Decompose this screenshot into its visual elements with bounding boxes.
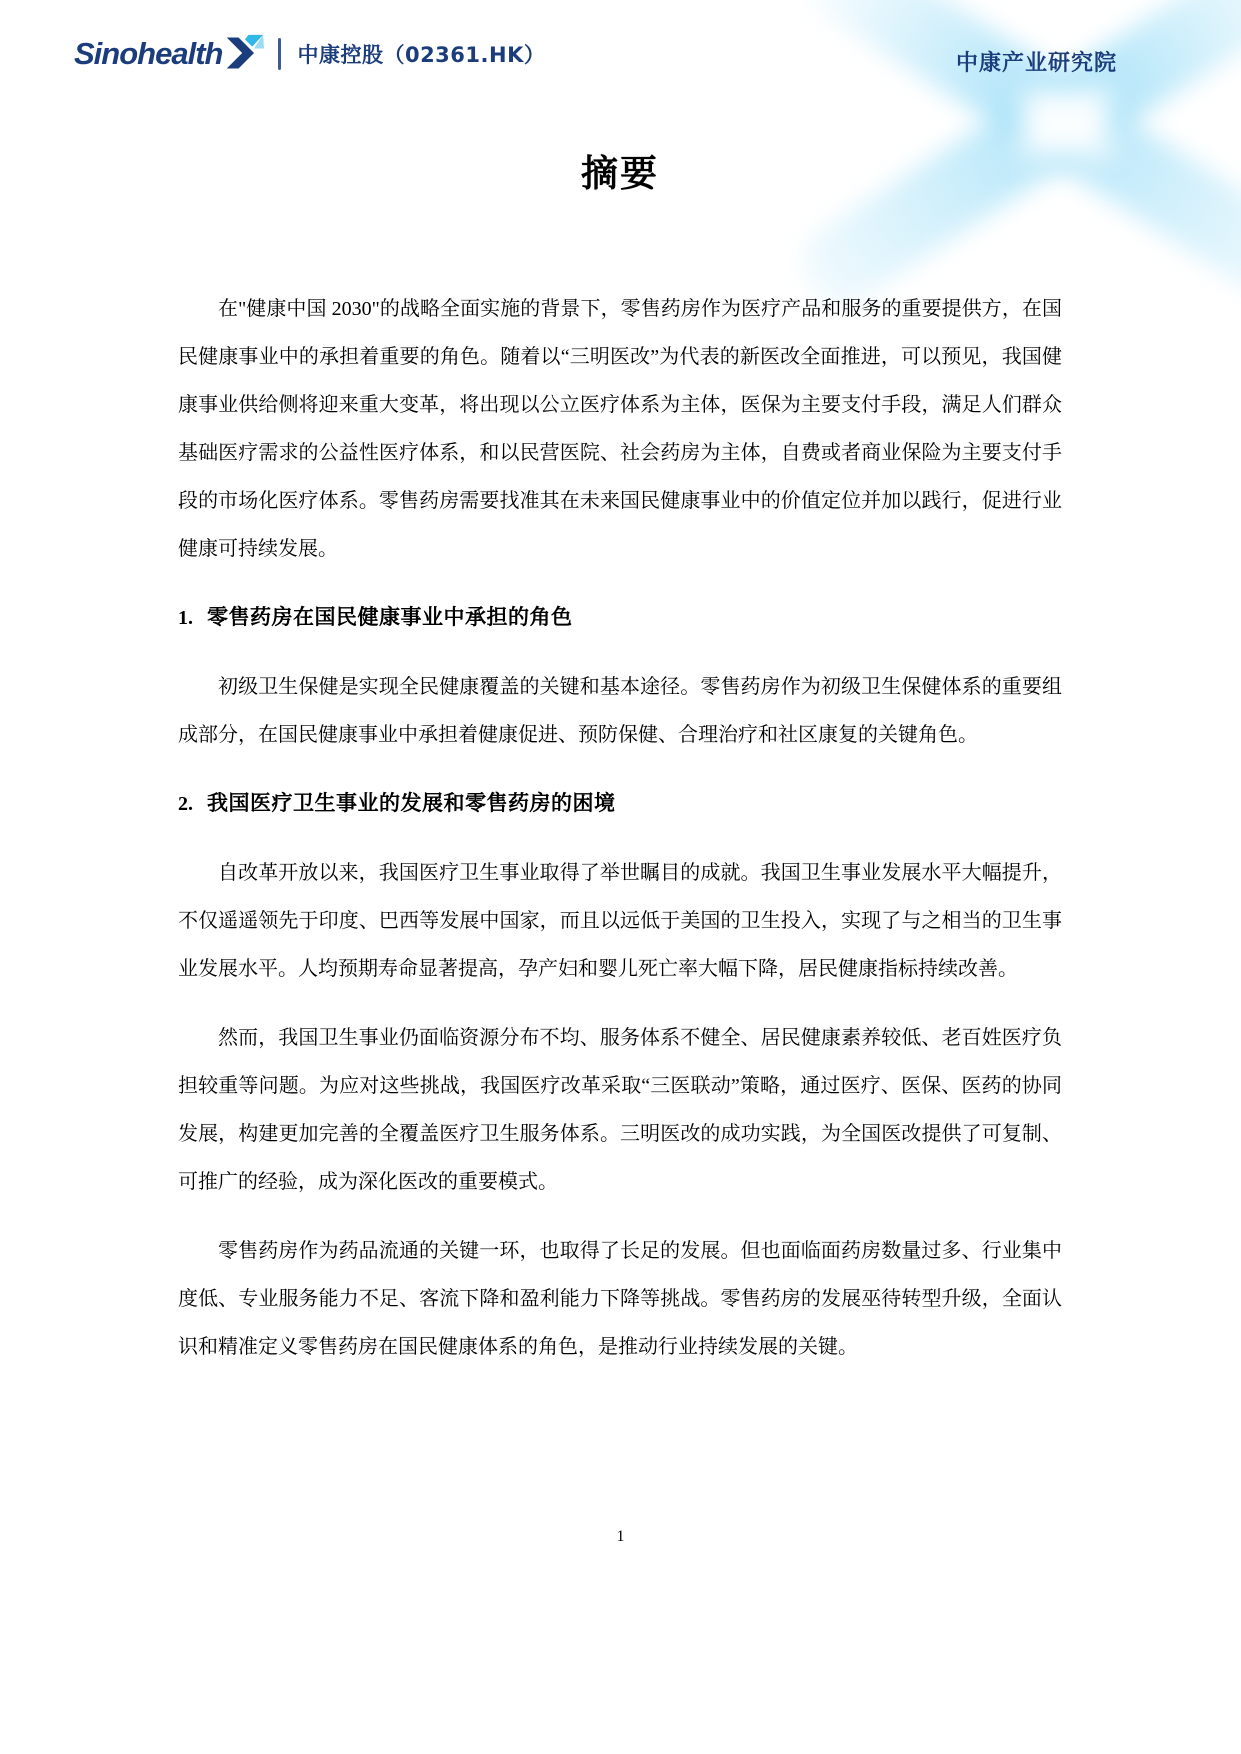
document-page: Sinohealth 中康控股（02361.HK） 中康产业研究院 摘要 在"健… <box>0 0 1241 1754</box>
logo-divider <box>278 38 281 70</box>
section-2-title: 我国医疗卫生事业的发展和零售药房的困境 <box>207 780 616 828</box>
institute-name: 中康产业研究院 <box>956 46 1117 77</box>
page-title: 摘要 <box>178 148 1062 200</box>
sinohealth-x-icon <box>224 34 264 72</box>
section-2-paragraph-3: 零售药房作为药品流通的关键一环，也取得了长足的发展。但也面临面药房数量过多、行业… <box>178 1227 1062 1371</box>
page-header: Sinohealth 中康控股（02361.HK） 中康产业研究院 <box>0 0 1241 110</box>
section-2-paragraph-2: 然而，我国卫生事业仍面临资源分布不均、服务体系不健全、居民健康素养较低、老百姓医… <box>178 1014 1062 1206</box>
section-1-title: 零售药房在国民健康事业中承担的角色 <box>207 594 573 642</box>
section-1-number: 1. <box>178 594 207 642</box>
page-number: 1 <box>0 1528 1241 1546</box>
document-content: 摘要 在"健康中国 2030"的战略全面实施的背景下，零售药房作为医疗产品和服务… <box>178 148 1062 1392</box>
company-name: 中康控股（02361.HK） <box>297 39 545 69</box>
sinohealth-wordmark: Sinohealth <box>74 36 222 72</box>
section-2-number: 2. <box>178 780 207 828</box>
section-2-paragraph-1: 自改革开放以来，我国医疗卫生事业取得了举世瞩目的成就。我国卫生事业发展水平大幅提… <box>178 849 1062 993</box>
sinohealth-logo: Sinohealth 中康控股（02361.HK） <box>74 36 545 72</box>
section-1-heading: 1. 零售药房在国民健康事业中承担的角色 <box>178 594 1062 642</box>
intro-paragraph: 在"健康中国 2030"的战略全面实施的背景下，零售药房作为医疗产品和服务的重要… <box>178 285 1062 573</box>
section-1-paragraph-1: 初级卫生保健是实现全民健康覆盖的关键和基本途径。零售药房作为初级卫生保健体系的重… <box>178 663 1062 759</box>
section-2-heading: 2. 我国医疗卫生事业的发展和零售药房的困境 <box>178 780 1062 828</box>
